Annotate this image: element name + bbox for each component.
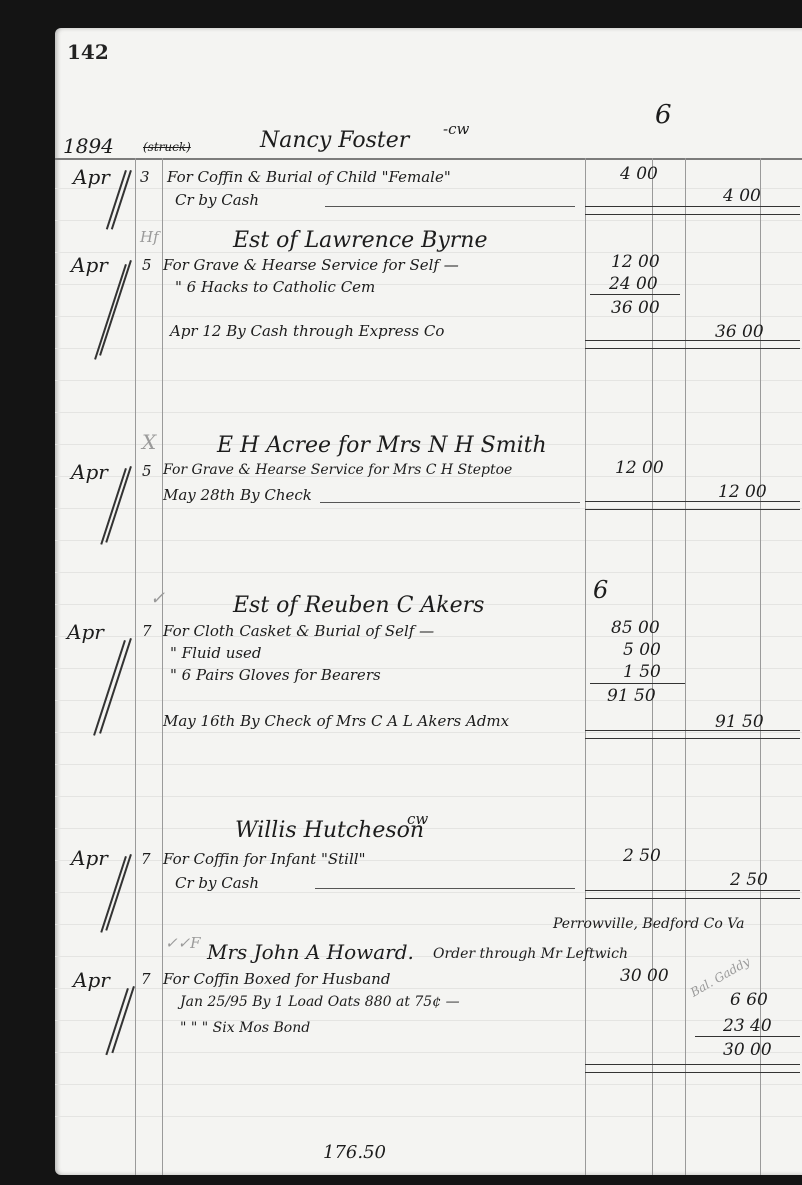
entry-day: 5 bbox=[142, 462, 152, 480]
credit-amount: 91 50 bbox=[715, 712, 764, 732]
margin-mark: ✓✓F bbox=[165, 934, 201, 952]
credit-amount: 36 00 bbox=[715, 322, 764, 342]
header-rule bbox=[55, 158, 802, 160]
column-line-day bbox=[162, 158, 163, 1175]
entry-day: 3 bbox=[140, 168, 150, 186]
entry-month: Apr bbox=[71, 253, 108, 277]
year-note: (struck) bbox=[143, 140, 191, 154]
entry-day: 5 bbox=[142, 256, 152, 274]
entry-day: 7 bbox=[141, 970, 151, 988]
margin-mark: Hf bbox=[140, 228, 159, 246]
credit-amount: 2 50 bbox=[730, 870, 768, 890]
account-name: Willis Hutcheson bbox=[235, 818, 424, 843]
credit-total: 30 00 bbox=[723, 1040, 772, 1060]
column-line-date bbox=[135, 158, 136, 1175]
entry-line: Jan 25/95 By 1 Load Oats 880 at 75¢ — bbox=[180, 994, 460, 1010]
debit-amount: 12 00 bbox=[611, 252, 660, 272]
entry-line: May 16th By Check of Mrs C A L Akers Adm… bbox=[163, 712, 509, 730]
closing-rule bbox=[585, 730, 800, 739]
credit-amount: 12 00 bbox=[718, 482, 767, 502]
entry-line: " Fluid used bbox=[170, 644, 262, 662]
account-name: Est of Lawrence Byrne bbox=[233, 228, 487, 253]
account-name-suffix: cw bbox=[407, 810, 428, 828]
entry-month: Apr bbox=[73, 968, 110, 992]
subtotal-amount: 36 00 bbox=[611, 298, 660, 318]
closing-rule bbox=[585, 340, 800, 349]
entry-month: Apr bbox=[71, 846, 108, 870]
entry-line: Apr 12 By Cash through Express Co bbox=[170, 322, 444, 340]
debit-amount: 30 00 bbox=[620, 966, 669, 986]
side-mark: 6 bbox=[593, 576, 608, 604]
closing-rule bbox=[585, 890, 800, 899]
credit-amount: 4 00 bbox=[723, 186, 761, 206]
page-number: 142 bbox=[67, 40, 109, 64]
subtotal-amount: 91 50 bbox=[607, 686, 656, 706]
margin-mark: X bbox=[142, 430, 156, 454]
credit-amount: 6 60 bbox=[730, 990, 768, 1010]
account-name: Est of Reuben C Akers bbox=[233, 593, 484, 618]
debit-amount: 4 00 bbox=[620, 164, 658, 184]
footer-total: 176.50 bbox=[323, 1142, 386, 1163]
account-name: Nancy Foster bbox=[260, 128, 409, 153]
entry-line: " " " Six Mos Bond bbox=[180, 1020, 310, 1036]
entry-month: Apr bbox=[67, 620, 104, 644]
entry-line: " 6 Pairs Gloves for Bearers bbox=[170, 666, 381, 684]
debit-amount: 2 50 bbox=[623, 846, 661, 866]
margin-mark: ✓ bbox=[150, 588, 165, 609]
entry-line: For Coffin Boxed for Husband bbox=[163, 970, 390, 988]
debit-amount: 24 00 bbox=[609, 274, 658, 294]
top-mark: 6 bbox=[655, 100, 672, 130]
account-name: Mrs John A Howard. bbox=[207, 940, 414, 964]
account-location: Perrowville, Bedford Co Va bbox=[553, 916, 744, 932]
entry-day: 7 bbox=[142, 622, 152, 640]
debit-amount: 85 00 bbox=[611, 618, 660, 638]
account-name-note: Order through Mr Leftwich bbox=[433, 946, 628, 962]
debit-amount: 12 00 bbox=[615, 458, 664, 478]
closing-rule bbox=[585, 501, 800, 510]
entry-line: For Coffin for Infant "Still" bbox=[163, 850, 365, 868]
entry-line: Cr by Cash bbox=[175, 191, 259, 209]
entry-line: For Cloth Casket & Burial of Self — bbox=[163, 622, 434, 640]
entry-month: Apr bbox=[71, 460, 108, 484]
closing-rule bbox=[585, 1064, 800, 1073]
entry-day: 7 bbox=[141, 850, 151, 868]
entry-month: Apr bbox=[73, 165, 110, 189]
entry-line: Cr by Cash bbox=[175, 874, 259, 892]
entry-line: For Coffin & Burial of Child "Female" bbox=[167, 168, 451, 186]
entry-line: May 28th By Check bbox=[163, 486, 312, 504]
entry-line: " 6 Hacks to Catholic Cem bbox=[175, 278, 375, 296]
entry-line: For Grave & Hearse Service for Mrs C H S… bbox=[163, 462, 512, 478]
ledger-page: 142 1894 (struck) 6 Nancy Foster -cw Apr… bbox=[55, 28, 802, 1175]
entry-line: For Grave & Hearse Service for Self — bbox=[163, 256, 459, 274]
debit-amount: 5 00 bbox=[623, 640, 661, 660]
account-name: E H Acree for Mrs N H Smith bbox=[217, 433, 547, 458]
column-line-credit bbox=[685, 158, 686, 1175]
account-name-suffix: -cw bbox=[443, 120, 469, 138]
debit-amount: 1 50 bbox=[623, 662, 661, 682]
credit-amount: 23 40 bbox=[723, 1016, 772, 1036]
column-line-debit bbox=[585, 158, 586, 1175]
year: 1894 bbox=[63, 134, 114, 158]
closing-rule bbox=[585, 206, 800, 215]
